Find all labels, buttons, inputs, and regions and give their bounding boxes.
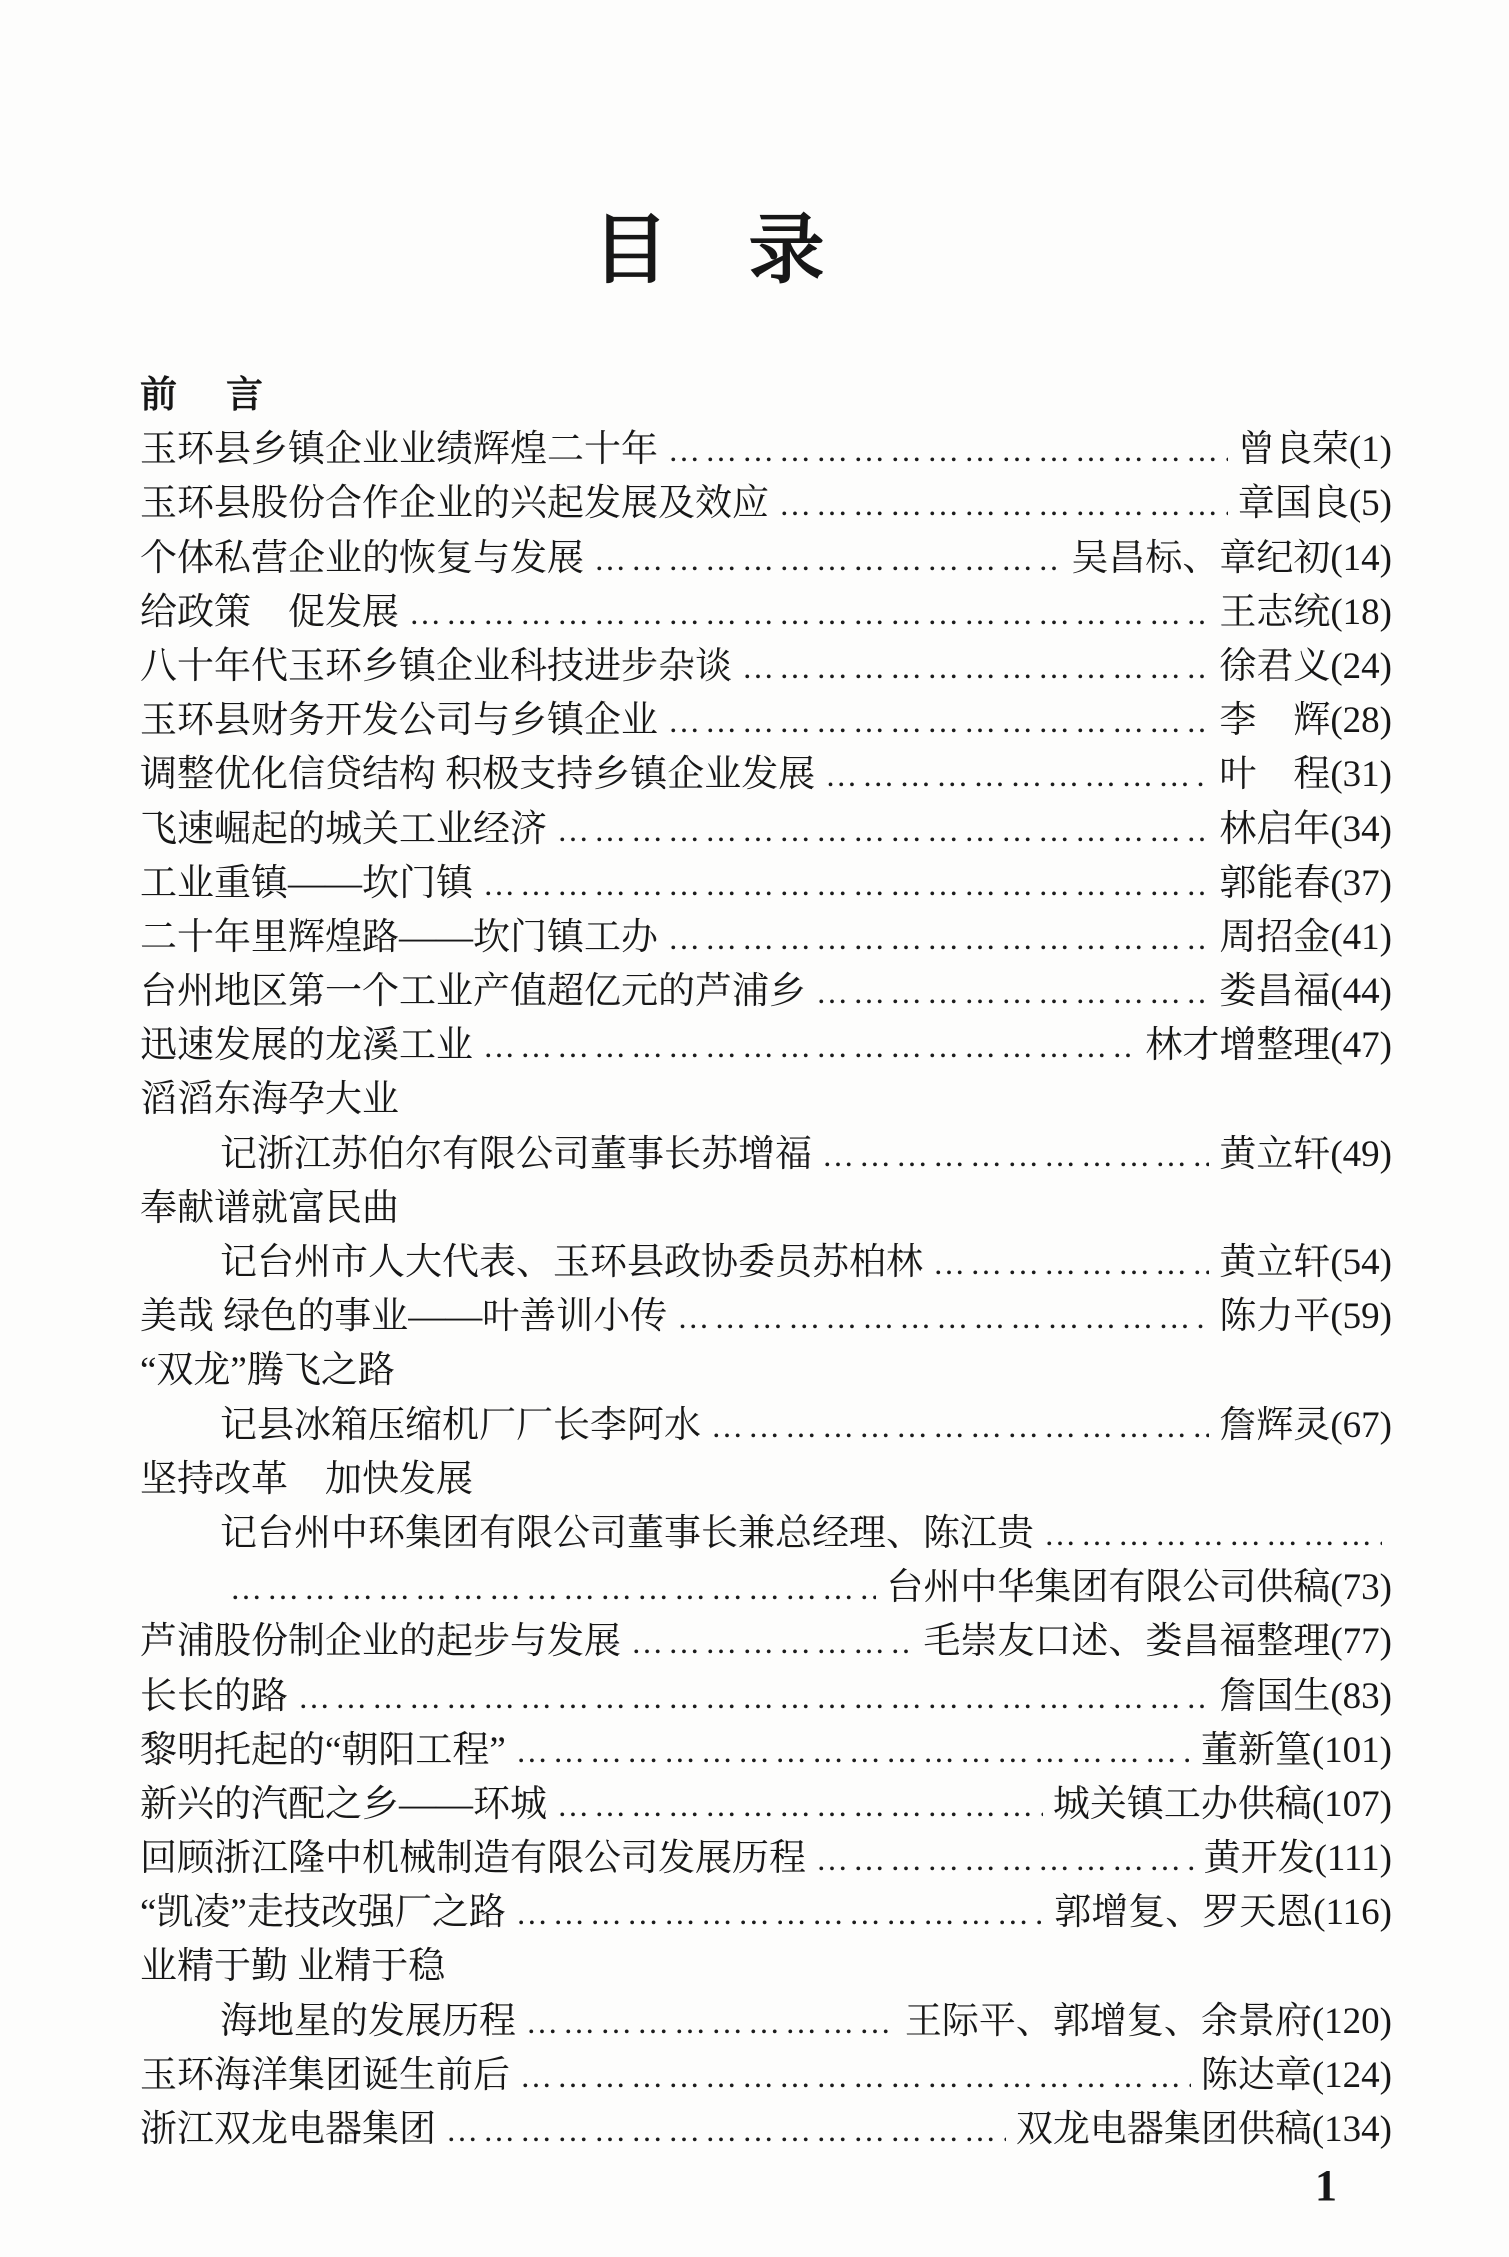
toc-entry: 玉环县股份合作企业的兴起发展及效应……………………………………………………………… [140,477,1392,531]
entry-title: 长长的路 [140,1670,288,1724]
entry-title: 美哉 绿色的事业——叶善训小传 [140,1290,667,1344]
toc-entry: 海地星的发展历程……………………………………………………………………………………… [140,1995,1392,2049]
entry-title: 个体私营企业的恢复与发展 [140,532,584,586]
toc-entry: 长长的路………………………………………………………………………………………………… [140,1670,1392,1724]
entry-title: 台州地区第一个工业产值超亿元的芦浦乡 [140,965,806,1019]
dot-leader: …………………………………………………………………………………………………………… [668,423,1228,477]
entry-author-page: 陈达章(124) [1201,2049,1392,2103]
entry-title: 记台州市人大代表、玉环县政协委员苏柏林 [220,1236,923,1290]
toc-entry: 芦浦股份制企业的起步与发展………………………………………………………………………… [140,1615,1392,1669]
entry-author-page: 郭能春(37) [1219,857,1392,911]
dot-leader: …………………………………………………………………………………………………………… [822,1128,1209,1182]
dot-leader: …………………………………………………………………………………………………………… [520,2049,1191,2103]
entry-title: 记县冰箱压缩机厂厂长李阿水 [220,1399,701,1453]
toc-entry: 给政策 促发展………………………………………………………………………………………… [140,586,1392,640]
dot-leader: …………………………………………………………………………………………………………… [409,586,1209,640]
dot-leader: …………………………………………………………………………………………………………… [631,1615,913,1669]
entry-author-page: 郭增复、罗天恩(116) [1054,1886,1392,1940]
entry-title: 给政策 促发展 [140,586,399,640]
entry-author-page: 詹国生(83) [1219,1670,1392,1724]
dot-leader: …………………………………………………………………………………………………………… [526,1995,895,2049]
toc-entry: 迅速发展的龙溪工业…………………………………………………………………………………… [140,1019,1392,1073]
dot-leader: …………………………………………………………………………………………………………… [446,2103,1006,2157]
dot-leader: …………………………………………………………………………………………………………… [816,965,1209,1019]
toc-entry: 调整优化信贷结构 积极支持乡镇企业发展………………………………………………………… [140,748,1392,802]
entry-title: 回顾浙江隆中机械制造有限公司发展历程 [140,1832,806,1886]
dot-leader: …………………………………………………………………………………………………………… [594,532,1061,586]
entry-author-page: 台州中华集团有限公司供稿(73) [886,1561,1392,1615]
toc-entry: 个体私营企业的恢复与发展…………………………………………………………………………… [140,532,1392,586]
dot-leader: …………………………………………………………………………………………………………… [742,640,1209,694]
dot-leader: …………………………………………………………………………………………………………… [1044,1507,1382,1561]
entry-title: 黎明托起的“朝阳工程” [140,1724,506,1778]
toc-entry: 飞速崛起的城关工业经济……………………………………………………………………………… [140,803,1392,857]
entry-title: 芦浦股份制企业的起步与发展 [140,1615,621,1669]
dot-leader: …………………………………………………………………………………………………………… [677,1290,1209,1344]
dot-leader: …………………………………………………………………………………………………………… [483,857,1209,911]
dot-leader: …………………………………………………………………………………………………………… [779,477,1228,531]
entry-author-page: 王志统(18) [1219,586,1392,640]
entry-author-page: 娄昌福(44) [1219,965,1392,1019]
toc-entry: 黎明托起的“朝阳工程”……………………………………………………………………………… [140,1724,1392,1778]
toc-entry: 记浙江苏伯尔有限公司董事长苏增福………………………………………………………………… [140,1128,1392,1182]
toc-entry: 玉环海洋集团诞生前后………………………………………………………………………………… [140,2049,1392,2103]
entry-title: 飞速崛起的城关工业经济 [140,803,547,857]
entry-title: 八十年代玉环乡镇企业科技进步杂谈 [140,640,732,694]
dot-leader: …………………………………………………………………………………………………………… [516,1886,1044,1940]
entry-author-page: 詹辉灵(67) [1219,1399,1392,1453]
toc-entry: 八十年代玉环乡镇企业科技进步杂谈………………………………………………………………… [140,640,1392,694]
entry-title: 新兴的汽配之乡——环城 [140,1778,547,1832]
entry-title: 记台州中环集团有限公司董事长兼总经理、陈江贵 [220,1507,1034,1561]
entry-title: 记浙江苏伯尔有限公司董事长苏增福 [220,1128,812,1182]
entry-author-page: 毛崇友口述、娄昌福整理(77) [923,1615,1392,1669]
entry-title: 调整优化信贷结构 积极支持乡镇企业发展 [140,748,815,802]
toc-heading: 滔滔东海孕大业 [140,1073,1392,1127]
entry-author-page: 周招金(41) [1219,911,1392,965]
toc-heading: 前 言 [140,369,1392,423]
entry-title: 玉环县股份合作企业的兴起发展及效应 [140,477,769,531]
page-title: 目 录 [0,208,1419,294]
entry-author-page: 黄立轩(49) [1219,1128,1392,1182]
entry-author-page: 王际平、郭增复、余景府(120) [905,1995,1392,2049]
entry-title: 前 言 [140,369,269,423]
toc-entry: 回顾浙江隆中机械制造有限公司发展历程…………………………………………………………… [140,1832,1392,1886]
toc-heading: “双龙”腾飞之路 [140,1344,1392,1398]
entry-title: “双龙”腾飞之路 [140,1344,395,1398]
toc-entry: 新兴的汽配之乡——环城……………………………………………………………………………… [140,1778,1392,1832]
entry-author-page: 林启年(34) [1219,803,1392,857]
dot-leader: …………………………………………………………………………………………………………… [933,1236,1209,1290]
entry-author-page: 吴昌标、章纪初(14) [1071,532,1392,586]
entry-author-page: 叶 程(31) [1219,748,1392,802]
entry-title: 玉环县财务开发公司与乡镇企业 [140,694,658,748]
entry-author-page: 李 辉(28) [1219,694,1392,748]
entry-author-page: 黄开发(111) [1204,1832,1392,1886]
entry-title: 滔滔东海孕大业 [140,1073,399,1127]
toc-heading: 业精于勤 业精于稳 [140,1940,1392,1994]
toc-entry: 台州地区第一个工业产值超亿元的芦浦乡…………………………………………………………… [140,965,1392,1019]
dot-leader: …………………………………………………………………………………………………………… [483,1019,1135,1073]
page-number: 1 [1315,2160,1337,2211]
toc-heading: 坚持改革 加快发展 [140,1453,1392,1507]
toc-entry: 浙江双龙电器集团……………………………………………………………………………………… [140,2103,1392,2157]
entry-title: 玉环海洋集团诞生前后 [140,2049,510,2103]
entry-title: 迅速发展的龙溪工业 [140,1019,473,1073]
toc-entry: 记台州市人大代表、玉环县政协委员苏柏林………………………………………………………… [140,1236,1392,1290]
entry-title: 浙江双龙电器集团 [140,2103,436,2157]
entry-author-page: 陈力平(59) [1219,1290,1392,1344]
entry-title: 海地星的发展历程 [220,1995,516,2049]
dot-leader: …………………………………………………………………………………………………………… [668,911,1209,965]
dot-leader: …………………………………………………………………………………………………………… [825,748,1209,802]
toc-entry: …………………………………………………………………………………………………………… [140,1561,1392,1615]
toc-heading: 奉献谱就富民曲 [140,1182,1392,1236]
toc-entry: 记县冰箱压缩机厂厂长李阿水………………………………………………………………………… [140,1399,1392,1453]
entry-author-page: 林才增整理(47) [1145,1019,1392,1073]
entry-author-page: 双龙电器集团供稿(134) [1016,2103,1392,2157]
dot-leader: …………………………………………………………………………………………………………… [516,1724,1191,1778]
toc-entry: “凯凌”走技改强厂之路……………………………………………………………………………… [140,1886,1392,1940]
entry-title: 业精于勤 业精于稳 [140,1940,445,1994]
entry-author-page: 章国良(5) [1238,477,1392,531]
entry-author-page: 徐君义(24) [1219,640,1392,694]
entry-author-page: 曾良荣(1) [1238,423,1392,477]
toc-entry: 记台州中环集团有限公司董事长兼总经理、陈江贵………………………………………………… [140,1507,1392,1561]
toc-entry: 美哉 绿色的事业——叶善训小传…………………………………………………………………… [140,1290,1392,1344]
dot-leader: …………………………………………………………………………………………………………… [557,803,1209,857]
entry-title: 工业重镇——坎门镇 [140,857,473,911]
dot-leader: …………………………………………………………………………………………………………… [298,1670,1209,1724]
toc-entry: 二十年里辉煌路——坎门镇工办……………………………………………………………………… [140,911,1392,965]
entry-title: 玉环县乡镇企业业绩辉煌二十年 [140,423,658,477]
entry-author-page: 城关镇工办供稿(107) [1053,1778,1392,1832]
entry-author-page: 董新篁(101) [1201,1724,1392,1778]
dot-leader: …………………………………………………………………………………………………………… [711,1399,1209,1453]
toc-entry: 玉环县财务开发公司与乡镇企业……………………………………………………………………… [140,694,1392,748]
entry-title: 奉献谱就富民曲 [140,1182,399,1236]
toc-list: 前 言玉环县乡镇企业业绩辉煌二十年……………………………………………………………… [140,369,1392,2157]
entry-title: 坚持改革 加快发展 [140,1453,473,1507]
entry-title: 二十年里辉煌路——坎门镇工办 [140,911,658,965]
entry-title: “凯凌”走技改强厂之路 [140,1886,506,1940]
dot-leader: …………………………………………………………………………………………………………… [230,1561,876,1615]
dot-leader: …………………………………………………………………………………………………………… [816,1832,1194,1886]
entry-author-page: 黄立轩(54) [1219,1236,1392,1290]
toc-entry: 玉环县乡镇企业业绩辉煌二十年……………………………………………………………………… [140,423,1392,477]
dot-leader: …………………………………………………………………………………………………………… [668,694,1209,748]
toc-entry: 工业重镇——坎门镇…………………………………………………………………………………… [140,857,1392,911]
dot-leader: …………………………………………………………………………………………………………… [557,1778,1043,1832]
